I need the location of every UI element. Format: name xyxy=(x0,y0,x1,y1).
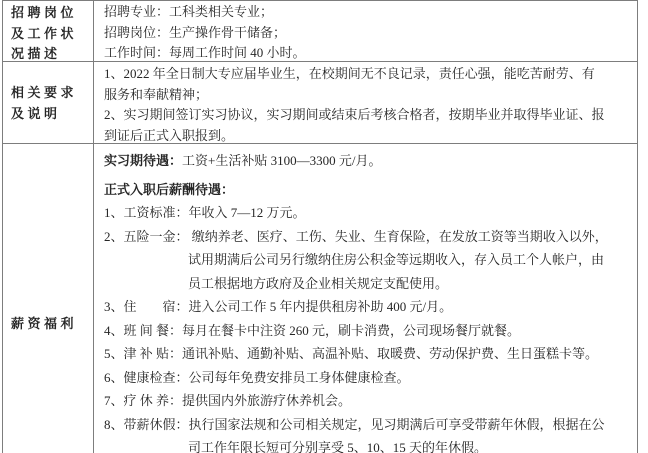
benefit-item-health-check: 6、健康检查：公司每年免费安排员工身体健康检查。 xyxy=(104,366,635,390)
benefit-item-insurance: 2、五险一金： 缴纳养老、医疗、工伤、失业、生育保险，在发放工资等当期收入以外，… xyxy=(104,225,635,296)
formal-pay-heading: 正式入职后薪酬待遇： xyxy=(104,178,635,202)
benefit-item-housing: 3、住 宿：进入公司工作 5 年内提供租房补助 400 元/月。 xyxy=(104,295,635,319)
document-page: 招聘岗位 及工作状 况描述 招聘专业：工科类相关专业； 招聘岗位：生产操作骨干储… xyxy=(0,0,648,453)
row-content-job-description: 招聘专业：工科类相关专业； 招聘岗位：生产操作骨干储备； 工作时间：每周工作时间… xyxy=(94,1,637,61)
text-line-position: 招聘岗位：生产操作骨干储备； xyxy=(104,23,635,44)
row-header-job-description: 招聘岗位 及工作状 况描述 xyxy=(3,1,94,61)
benefit-item-allowances: 5、津 补 贴：通讯补贴、通勤补贴、高温补贴、取暖费、劳动保护费、生日蛋糕卡等。 xyxy=(104,342,635,366)
requirement-paragraph-1: 1、2022 年全日制大专应届毕业生，在校期间无不良记录，责任心强，能吃苦耐劳、… xyxy=(104,64,635,105)
benefit-item-recuperation: 7、疗 休 养：提供国内外旅游疗休养机会。 xyxy=(104,389,635,413)
row-content-salary-benefits: 实习期待遇：工资+生活补贴 3100—3300 元/月。 正式入职后薪酬待遇： … xyxy=(94,144,637,453)
benefit-item-paid-leave: 8、带薪休假：执行国家法规和公司相关规定，见习期满后可享受带薪年休假，根据在公 … xyxy=(104,413,635,453)
text-line-working-hours: 工作时间：每周工作时间 40 小时。 xyxy=(104,43,635,64)
table-row-job-description: 招聘岗位 及工作状 况描述 招聘专业：工科类相关专业； 招聘岗位：生产操作骨干储… xyxy=(3,1,637,62)
benefit-item-meals: 4、班 间 餐：每月在餐卡中注资 260 元，刷卡消费，公司现场餐厅就餐。 xyxy=(104,319,635,343)
benefit-item-salary: 1、工资标准：年收入 7—12 万元。 xyxy=(104,201,635,225)
row-header-requirements: 相关要求 及说明 xyxy=(3,62,94,143)
table-row-salary-benefits: 薪资福利 实习期待遇：工资+生活补贴 3100—3300 元/月。 正式入职后薪… xyxy=(3,144,637,453)
text-line-major: 招聘专业：工科类相关专业； xyxy=(104,2,635,23)
internship-pay-label: 实习期待遇： xyxy=(104,153,182,168)
row-content-requirements: 1、2022 年全日制大专应届毕业生，在校期间无不良记录，责任心强，能吃苦耐劳、… xyxy=(94,62,637,143)
internship-pay-line: 实习期待遇：工资+生活补贴 3100—3300 元/月。 xyxy=(104,149,635,173)
row-header-salary-benefits: 薪资福利 xyxy=(3,144,94,453)
internship-pay-value: 工资+生活补贴 3100—3300 元/月。 xyxy=(182,153,381,168)
requirement-paragraph-2: 2、实习期间签订实习协议，实习期间或结束后考核合格者，按期毕业并取得毕业证、报 … xyxy=(104,105,635,146)
recruitment-table: 招聘岗位 及工作状 况描述 招聘专业：工科类相关专业； 招聘岗位：生产操作骨干储… xyxy=(2,0,638,453)
table-row-requirements: 相关要求 及说明 1、2022 年全日制大专应届毕业生，在校期间无不良记录，责任… xyxy=(3,62,637,144)
